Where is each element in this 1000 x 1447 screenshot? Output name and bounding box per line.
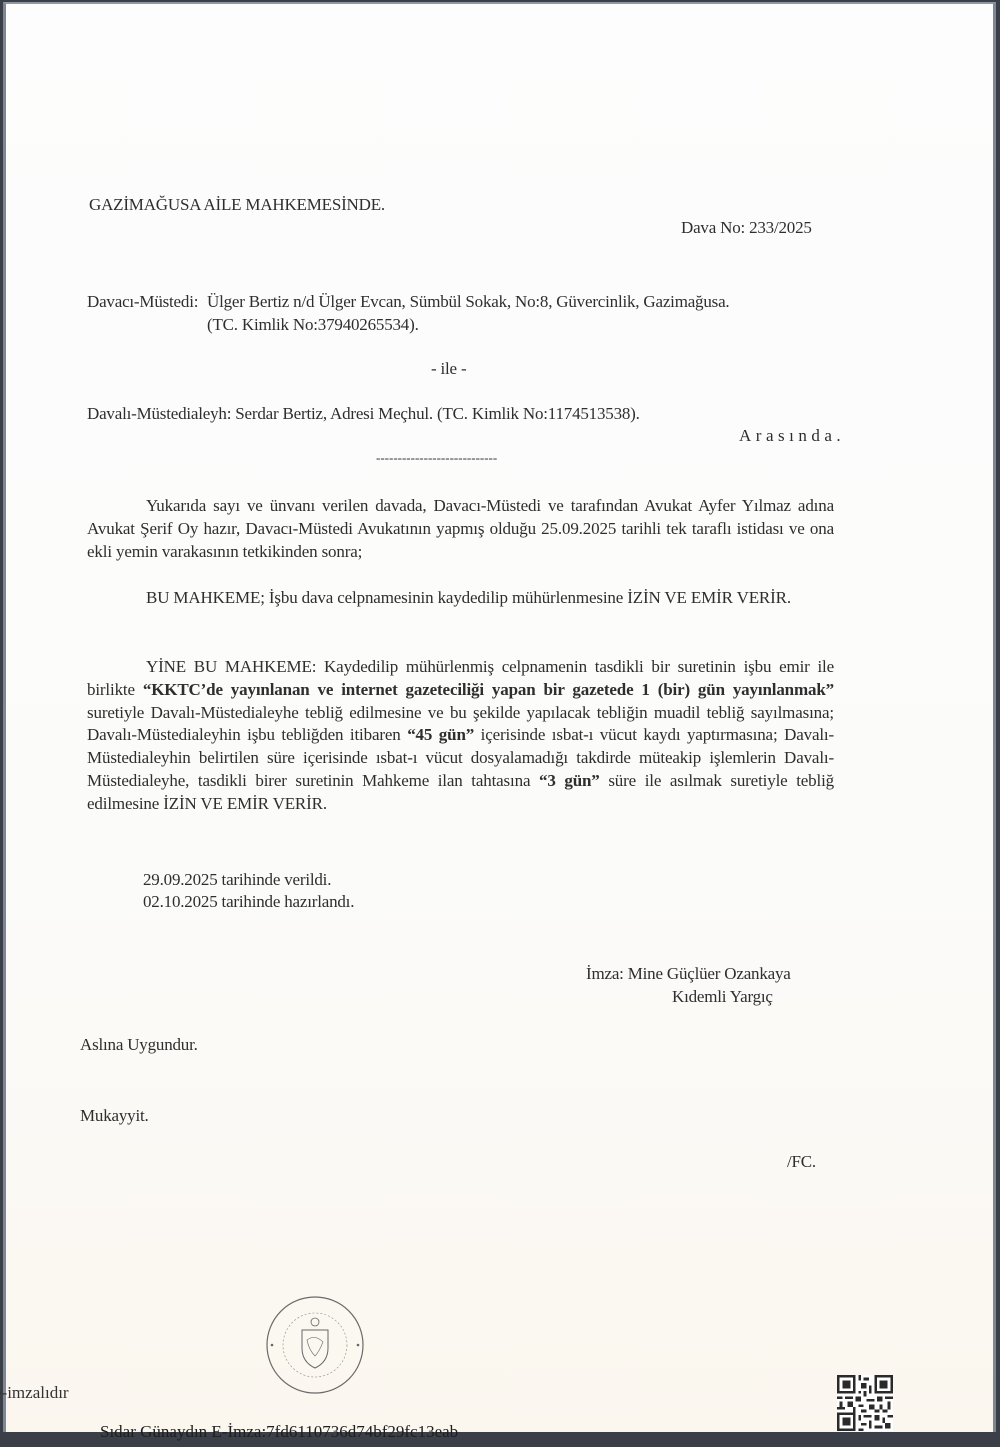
certified-copy-note: Aslına Uygundur. xyxy=(80,1033,198,1056)
document-page: GAZİMAĞUSA AİLE MAHKEMESİNDE. Dava No: 2… xyxy=(3,2,996,1432)
separator-ile: - ile - xyxy=(431,357,466,380)
esign-signature-line: Sıdar Günaydın E-İmza:7fd6110736d74bf29f… xyxy=(100,1422,458,1442)
court-seal-icon xyxy=(264,1294,366,1396)
defendant-line: Davalı-Müstedialeyh: Serdar Bertiz, Adre… xyxy=(87,402,640,425)
paragraph-order1-text: BU MAHKEME; İşbu dava celpnamesinin kayd… xyxy=(146,588,791,607)
paragraph-preamble-text: Yukarıda sayı ve ünvanı verilen davada, … xyxy=(87,496,834,561)
registrar-label: Mukayyit. xyxy=(80,1104,149,1127)
signature-name: İmza: Mine Güçlüer Ozankaya xyxy=(586,962,791,985)
court-heading: GAZİMAĞUSA AİLE MAHKEMESİNDE. xyxy=(89,193,385,216)
case-number: Dava No: 233/2025 xyxy=(681,216,812,239)
plaintiff-label: Davacı-Müstedi: xyxy=(87,290,198,313)
esign-note: e-imzalıdır xyxy=(0,1383,69,1403)
order2-bold-3-days: “3 gün” xyxy=(539,771,600,790)
paragraph-order1: BU MAHKEME; İşbu dava celpnamesinin kayd… xyxy=(87,587,834,610)
order2-bold-publication: “KKTC’de yayınlanan ve internet gazeteci… xyxy=(143,680,834,699)
signature-title: Kıdemli Yargıç xyxy=(672,985,773,1008)
paragraph-order2: YİNE BU MAHKEME: Kaydedilip mühürlenmiş … xyxy=(87,656,834,816)
paragraph-preamble: Yukarıda sayı ve ünvanı verilen davada, … xyxy=(87,495,834,563)
plaintiff-line1: Ülger Bertiz n/d Ülger Evcan, Sümbül Sok… xyxy=(207,290,729,313)
initials: /FC. xyxy=(787,1150,816,1173)
arasinda: Arasında. xyxy=(739,424,845,447)
dashes-divider: ---------------------------- xyxy=(376,446,497,469)
esign-note-text: e-imzalıdır xyxy=(0,1383,69,1402)
qr-code-icon xyxy=(837,1374,893,1432)
date-prepared: 02.10.2025 tarihinde hazırlandı. xyxy=(143,890,354,913)
order2-bold-45-days: “45 gün” xyxy=(407,725,474,744)
plaintiff-line2: (TC. Kimlik No:37940265534). xyxy=(207,313,419,336)
date-given: 29.09.2025 tarihinde verildi. xyxy=(143,868,331,891)
